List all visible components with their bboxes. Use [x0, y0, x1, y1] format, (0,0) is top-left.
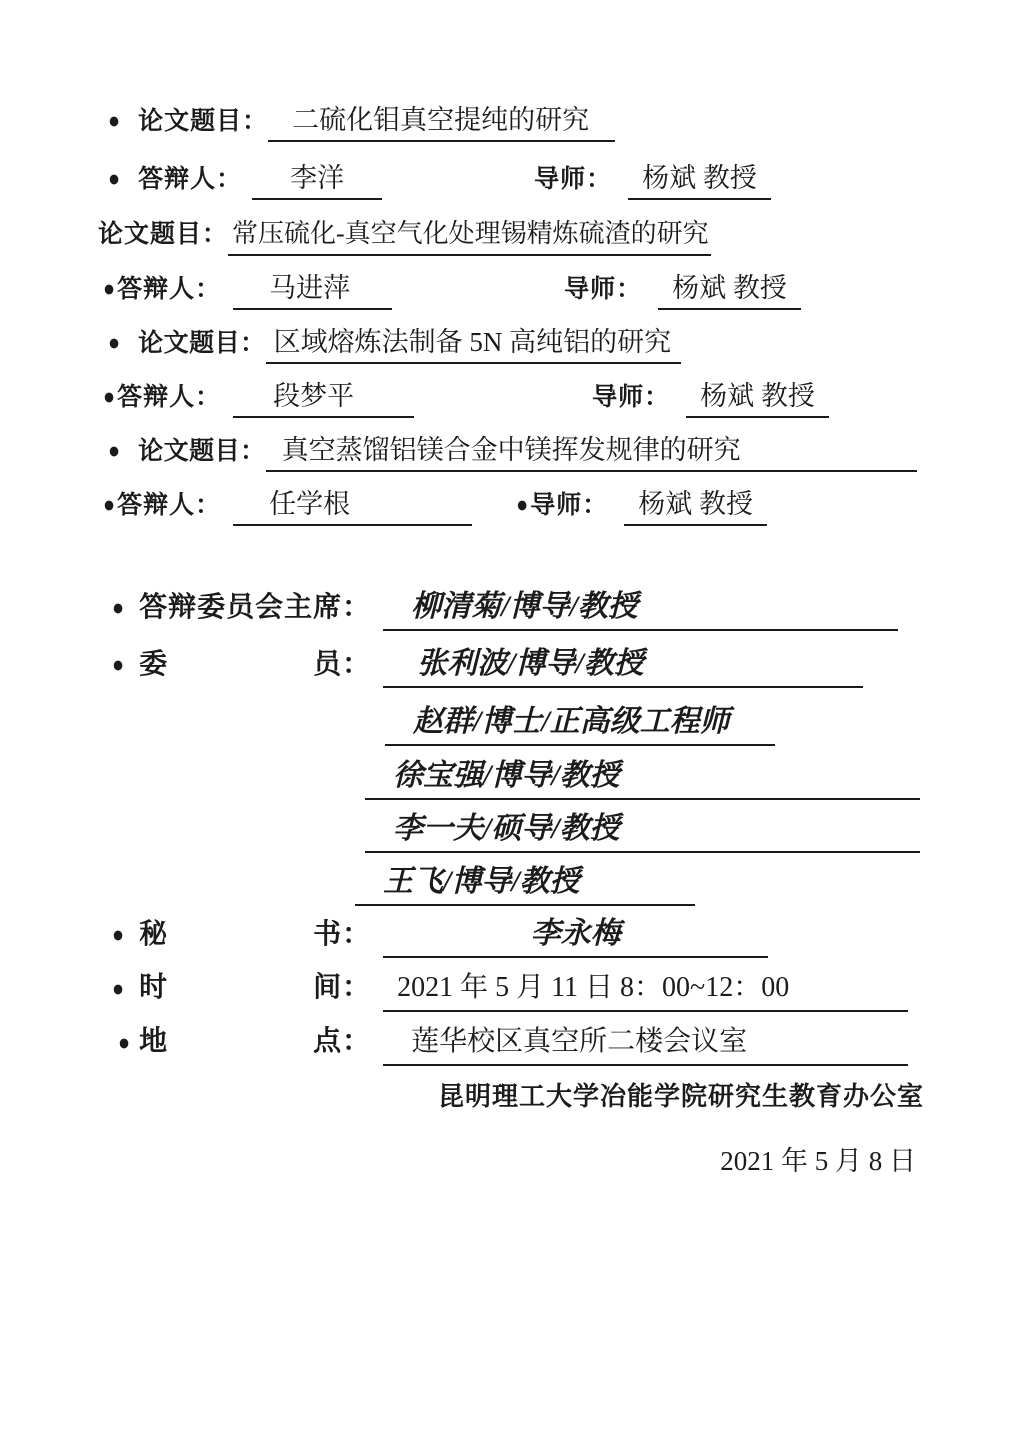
committee-chair-row: ● 答辩委员会主席： 柳清菊/博导/教授 — [112, 585, 898, 631]
location-value: 莲华校区真空所二楼会议室 — [383, 1020, 908, 1066]
thesis-title-label: 论文题目： — [98, 215, 228, 255]
defender-row-2: ● 答辩人： 马进萍 导师： 杨斌 教授 — [103, 268, 801, 310]
defender-value: 段梦平 — [233, 376, 414, 418]
advisor-label: 导师： — [592, 378, 670, 418]
time-value: 2021 年 5 月 11 日 8：00~12：00 — [383, 966, 908, 1012]
footer-office-row: 昆明理工大学冶能学院研究生教育办公室 — [98, 1080, 924, 1114]
committee-member-row: 赵群/博士/正高级工程师 — [385, 700, 775, 746]
committee-member-label-first: 委 — [139, 643, 168, 687]
defense-announcement-document: ● 论文题目： 二硫化钼真空提纯的研究 ● 答辩人： 李洋 导师： 杨斌 教授 … — [0, 0, 1024, 1448]
bullet-icon: ● — [112, 924, 124, 947]
bullet-icon: ● — [108, 168, 120, 191]
time-label-first: 时 — [139, 966, 168, 1010]
advisor-value: 杨斌 教授 — [658, 268, 801, 310]
footer-date-text: 2021 年 5 月 8 日 — [720, 1144, 916, 1178]
bullet-icon: ● — [112, 654, 124, 677]
advisor-value: 杨斌 教授 — [686, 376, 829, 418]
committee-chair-label: 答辩委员会主席： — [139, 586, 371, 630]
advisor-label: 导师： — [530, 486, 608, 526]
bullet-icon: ● — [118, 1032, 130, 1055]
thesis-title-row-3: ● 论文题目： 区域熔炼法制备 5N 高纯铝的研究 — [108, 322, 681, 364]
thesis-title-value: 二硫化钼真空提纯的研究 — [268, 100, 615, 142]
defender-row-3: ● 答辩人： 段梦平 导师： 杨斌 教授 — [103, 376, 829, 418]
bullet-icon: ● — [103, 494, 115, 517]
defender-label: 答辩人： — [117, 486, 221, 526]
advisor-label: 导师： — [534, 160, 612, 200]
time-row: ● 时间： 2021 年 5 月 11 日 8：00~12：00 — [112, 966, 908, 1012]
location-label-last: 点： — [313, 1020, 371, 1064]
committee-member-label: 委员： — [139, 643, 371, 687]
thesis-title-value: 常压硫化-真空气化处理锡精炼硫渣的研究 — [228, 214, 711, 256]
bullet-icon: ● — [108, 440, 120, 463]
location-label-first: 地 — [139, 1020, 168, 1064]
bullet-icon: ● — [108, 110, 120, 133]
defender-value: 李洋 — [252, 158, 382, 200]
thesis-title-row-1: ● 论文题目： 二硫化钼真空提纯的研究 — [108, 100, 615, 142]
secretary-value: 李永梅 — [383, 912, 768, 958]
bullet-icon: ● — [516, 494, 528, 517]
advisor-label: 导师： — [564, 270, 642, 310]
committee-member-label-last: 员： — [313, 643, 371, 687]
thesis-title-value: 区域熔炼法制备 5N 高纯铝的研究 — [266, 322, 682, 364]
bullet-icon: ● — [112, 597, 124, 620]
bullet-icon: ● — [108, 332, 120, 355]
defender-row-1: ● 答辩人： 李洋 导师： 杨斌 教授 — [108, 158, 771, 200]
thesis-title-value: 真空蒸馏铝镁合金中镁挥发规律的研究 — [266, 430, 917, 472]
thesis-title-label: 论文题目： — [138, 324, 266, 364]
committee-member-row: ● 委员： 张利波/博导/教授 — [112, 642, 863, 688]
committee-member-value: 赵群/博士/正高级工程师 — [385, 700, 775, 746]
committee-chair-value: 柳清菊/博导/教授 — [383, 585, 898, 631]
defender-label: 答辩人： — [138, 160, 242, 200]
committee-member-value: 李一夫/硕导/教授 — [365, 807, 920, 853]
committee-member-value: 张利波/博导/教授 — [383, 642, 863, 688]
committee-member-row: 徐宝强/博导/教授 — [365, 754, 920, 800]
committee-member-value: 王飞/博导/教授 — [355, 860, 695, 906]
thesis-title-row-4: ● 论文题目： 真空蒸馏铝镁合金中镁挥发规律的研究 — [108, 430, 917, 472]
time-label-last: 间： — [313, 966, 371, 1010]
secretary-label: 秘书： — [139, 913, 371, 957]
secretary-row: ● 秘书： 李永梅 — [112, 912, 768, 958]
defender-label: 答辩人： — [117, 378, 221, 418]
bullet-icon: ● — [112, 978, 124, 1001]
thesis-title-row-2: 论文题目： 常压硫化-真空气化处理锡精炼硫渣的研究 — [98, 214, 711, 256]
committee-member-row: 王飞/博导/教授 — [355, 860, 695, 906]
location-label: 地点： — [139, 1020, 371, 1064]
time-label: 时间： — [139, 966, 371, 1010]
committee-member-row: 李一夫/硕导/教授 — [365, 807, 920, 853]
secretary-label-first: 秘 — [139, 913, 168, 957]
footer-office-text: 昆明理工大学冶能学院研究生教育办公室 — [438, 1080, 924, 1114]
bullet-icon: ● — [103, 278, 115, 301]
advisor-value: 杨斌 教授 — [628, 158, 771, 200]
defender-label: 答辩人： — [117, 270, 221, 310]
defender-row-4: ● 答辩人： 任学根 ● 导师： 杨斌 教授 — [103, 484, 767, 526]
defender-value: 马进萍 — [233, 268, 392, 310]
committee-member-value: 徐宝强/博导/教授 — [365, 754, 920, 800]
footer-date-row: 2021 年 5 月 8 日 — [98, 1144, 916, 1178]
advisor-value: 杨斌 教授 — [624, 484, 767, 526]
bullet-icon: ● — [103, 386, 115, 409]
thesis-title-label: 论文题目： — [138, 102, 268, 142]
secretary-label-last: 书： — [313, 913, 371, 957]
location-row: ● 地点： 莲华校区真空所二楼会议室 — [118, 1020, 908, 1066]
defender-value: 任学根 — [233, 484, 472, 526]
thesis-title-label: 论文题目： — [138, 432, 266, 472]
